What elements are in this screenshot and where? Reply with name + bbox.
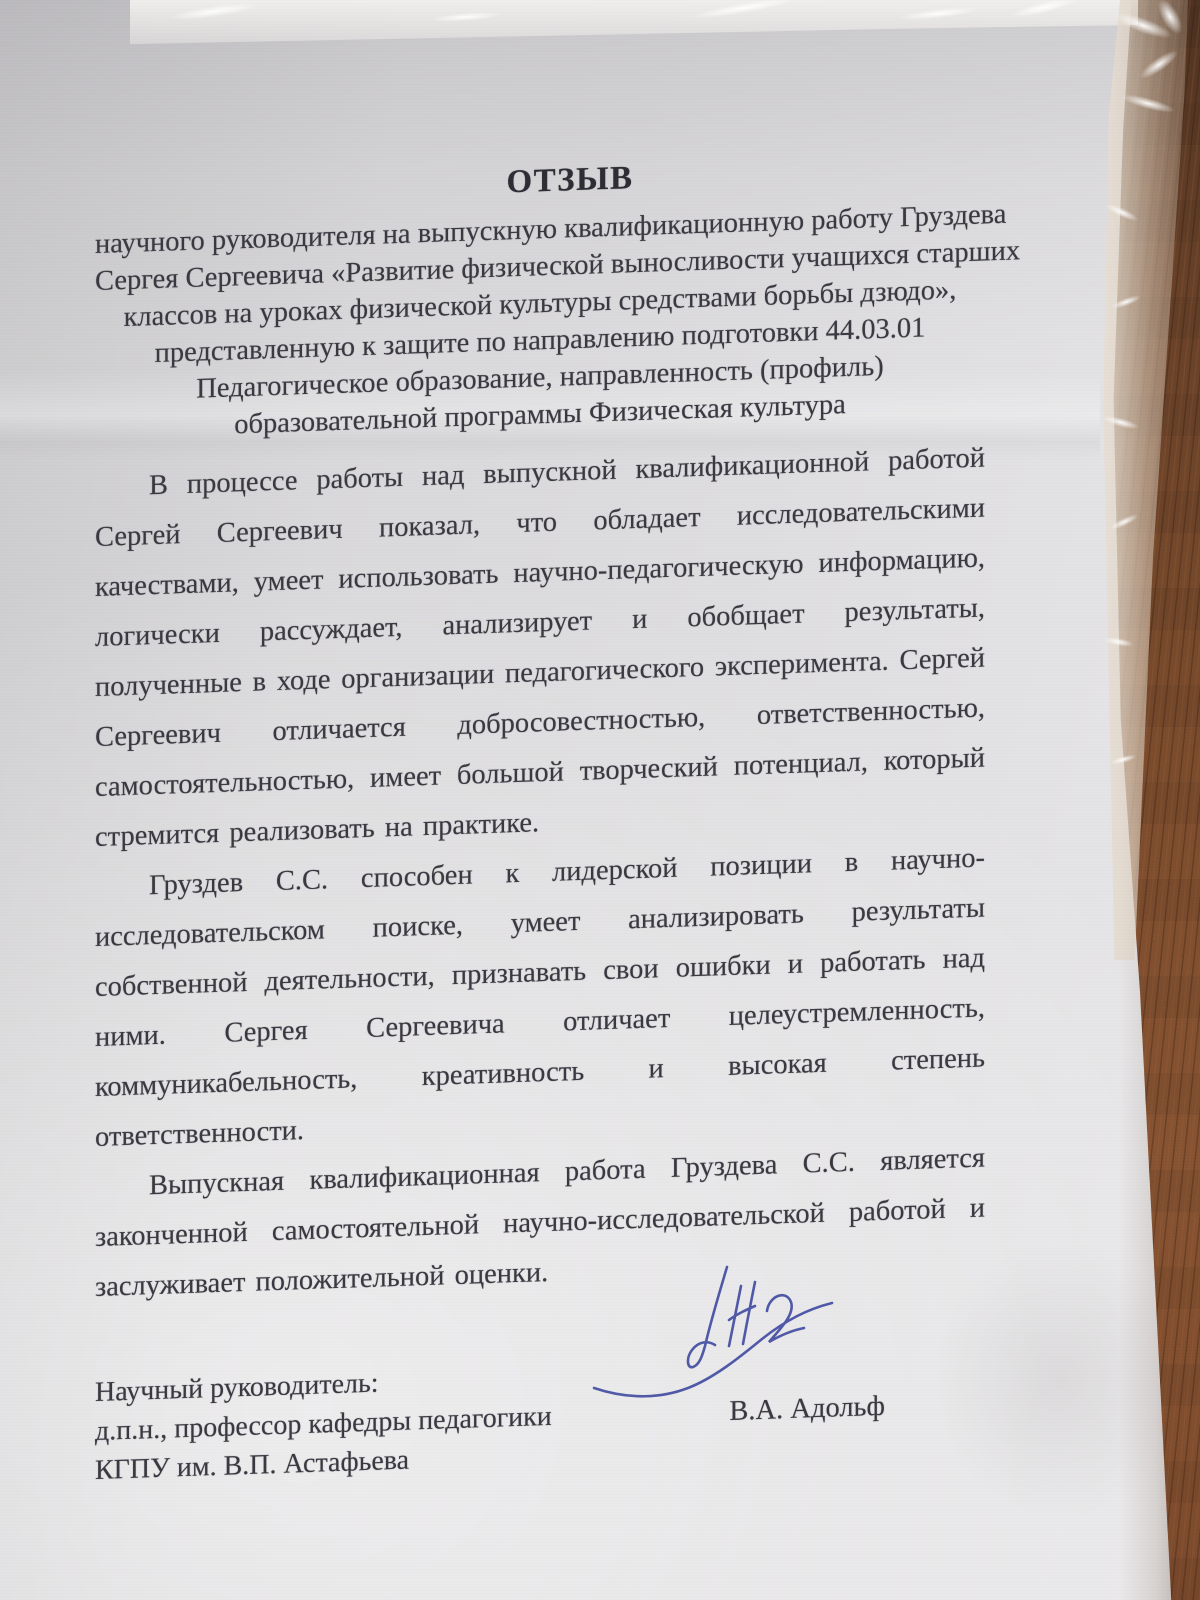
handwritten-signature-icon: [588, 1258, 838, 1403]
review-body: В процессе работы над выпускной квалифик…: [95, 433, 985, 1313]
supervisor-credentials: Научный руководитель: д.п.н., профессор …: [95, 1358, 552, 1490]
document-text: ОТЗЫВ научного руководителя на выпускную…: [95, 120, 985, 1490]
body-paragraph: Выпускная квалификационная работа Грузде…: [95, 1133, 985, 1313]
body-paragraph: Груздев С.С. способен к лидерской позици…: [95, 833, 985, 1163]
photographed-document-scene: ОТЗЫВ научного руководителя на выпускную…: [0, 0, 1200, 1600]
body-paragraph: В процессе работы над выпускной квалифик…: [95, 433, 985, 863]
review-header: научного руководителя на выпускную квали…: [95, 196, 985, 448]
